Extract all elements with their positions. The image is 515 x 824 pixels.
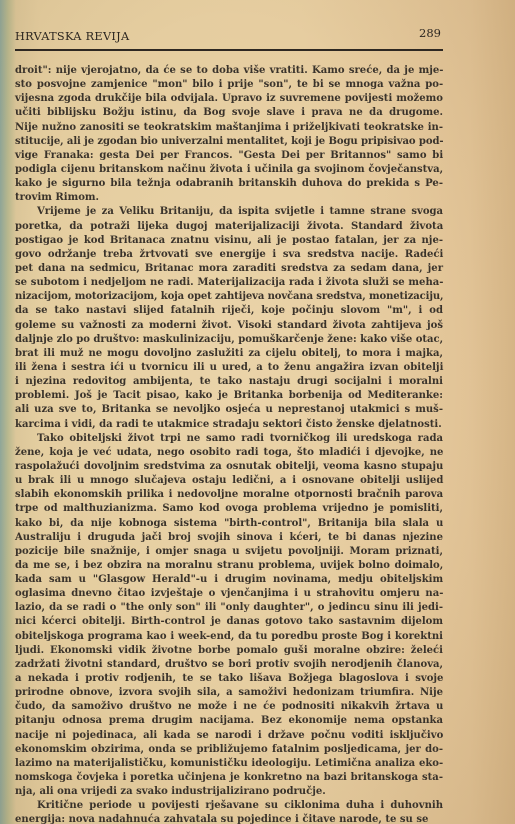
body-text: droit": nije vjerojatno, da će se to dob… <box>15 64 443 824</box>
text-line: stitucije, ali je zgodan bio univerzalni… <box>15 135 443 149</box>
text-line: goleme su važnosti za moderni život. Vis… <box>15 319 443 333</box>
paragraph: Kritične periode u povijesti rješavane s… <box>15 799 443 824</box>
text-line: trovim Rimom. <box>15 191 443 205</box>
text-line: pitanju odnosa prema drugim nacijama. Be… <box>15 714 443 728</box>
text-line: Kritične periode u povijesti rješavane s… <box>15 799 443 813</box>
text-line: pozicije bile snažnije, i omjer snaga u … <box>15 545 443 559</box>
text-line: daljnje zlo po društvo: maskulinizaciju,… <box>15 333 443 347</box>
text-line: čudo, da samoživo društvo ne može i ne ć… <box>15 700 443 714</box>
running-title: HRVATSKA REVIJA <box>15 30 129 43</box>
text-line: žene, koja je već udata, nego osobito ra… <box>15 446 443 460</box>
text-line: karcima i vidi, da radi te utakmice stra… <box>15 418 443 432</box>
text-line: govo održanje treba žrtvovati sve energi… <box>15 248 443 262</box>
text-line: a nekada i protiv rodjenih, te se tako l… <box>15 672 443 686</box>
text-line: i njezina redovitog ambijenta, te tako n… <box>15 375 443 389</box>
text-line: učiti biblijsku Božju istinu, da Bog svo… <box>15 106 443 120</box>
paragraph: Tako obiteljski život trpi ne samo radi … <box>15 432 443 800</box>
text-line: trpe od malthuzianizma. Samo kod ovoga p… <box>15 502 443 516</box>
text-line: da se tako nastavi slijed fatalnih riječ… <box>15 304 443 318</box>
text-line: lazimo na materijalističku, komunističku… <box>15 757 443 771</box>
text-line: obiteljskoga programa kao i week-end, da… <box>15 630 443 644</box>
text-line: ekonomskim obzirima, onda se približujem… <box>15 743 443 757</box>
text-line: Nije nužno zanositi se teokratskim mašta… <box>15 121 443 135</box>
text-line: slabih ekonomskih prilika i nedovoljne m… <box>15 488 443 502</box>
text-line: Australiju i druguda jači broj svojih si… <box>15 531 443 545</box>
text-line: ljudi. Ekonomski vidik životne borbe pom… <box>15 644 443 658</box>
text-line: podigla cijenu britanskom načinu života … <box>15 163 443 177</box>
text-line: nizacijom, motorizacijom, koja opet zaht… <box>15 290 443 304</box>
text-line: kada sam u "Glasgow Herald"-u i drugim n… <box>15 573 443 587</box>
text-line: kako bi, da nije kobnoga sistema "birth-… <box>15 517 443 531</box>
text-line: vige Franaka: gesta Dei per Francos. "Ge… <box>15 149 443 163</box>
text-line: ali uza sve to, Britanka se nevoljko osj… <box>15 403 443 417</box>
text-line: brat ili muž ne mogu dovoljno zaslužiti … <box>15 347 443 361</box>
paragraph: droit": nije vjerojatno, da će se to dob… <box>15 64 443 205</box>
text-line: da me se, i bez obzira na moralnu stranu… <box>15 559 443 573</box>
page-header: HRVATSKA REVIJA 289 <box>15 24 443 46</box>
text-line: pet dana na sedmicu, Britanac mora zarad… <box>15 262 443 276</box>
paragraph: Vrijeme je za Veliku Britaniju, da ispit… <box>15 205 443 431</box>
text-line: nja, ali ona vrijedi za svako industrija… <box>15 785 443 799</box>
text-line: poretka, da potraži lijeka dugoj materij… <box>15 220 443 234</box>
text-line: se subotom i nedjeljom ne radi. Materija… <box>15 276 443 290</box>
text-line: nacije ni pojedinaca, ali kada se narodi… <box>15 729 443 743</box>
text-line: oglasima dnevno čitao izvještaje o vjenč… <box>15 587 443 601</box>
text-line: zadržati životni standard, društvo se bo… <box>15 658 443 672</box>
text-line: u brak ili u mnogo slučajeva ostaju ledi… <box>15 474 443 488</box>
text-line: problemi. Još je Tacit pisao, kako je Br… <box>15 389 443 403</box>
text-line: Vrijeme je za Veliku Britaniju, da ispit… <box>15 205 443 219</box>
text-line: nici kćerci obitelji. Birth-control je d… <box>15 615 443 629</box>
page-number: 289 <box>419 26 441 40</box>
text-line: energija: nova nadahnuća zahvatala su po… <box>15 813 443 824</box>
text-line: nomskoga čovjeka i poretka učinjena je k… <box>15 771 443 785</box>
text-line: vijesna zgoda drukčije bila odvijala. Up… <box>15 92 443 106</box>
header-rule <box>15 49 443 51</box>
text-line: postigao je kod Britanaca znatnu visinu,… <box>15 234 443 248</box>
text-line: prirodne obnove, izvora svojih sila, a s… <box>15 686 443 700</box>
text-line: sto posvojne zamjenice "mon" bilo i prij… <box>15 78 443 92</box>
text-line: lazio, da se radi o "the only son" ili "… <box>15 601 443 615</box>
text-line: Tako obiteljski život trpi ne samo radi … <box>15 432 443 446</box>
text-line: raspolažući dovoljnim sredstvima za osnu… <box>15 460 443 474</box>
text-line: kako je sigurno bila težnja odabranih br… <box>15 177 443 191</box>
text-line: ili žena i sestra ići u tvornicu ili u u… <box>15 361 443 375</box>
text-line: droit": nije vjerojatno, da će se to dob… <box>15 64 443 78</box>
